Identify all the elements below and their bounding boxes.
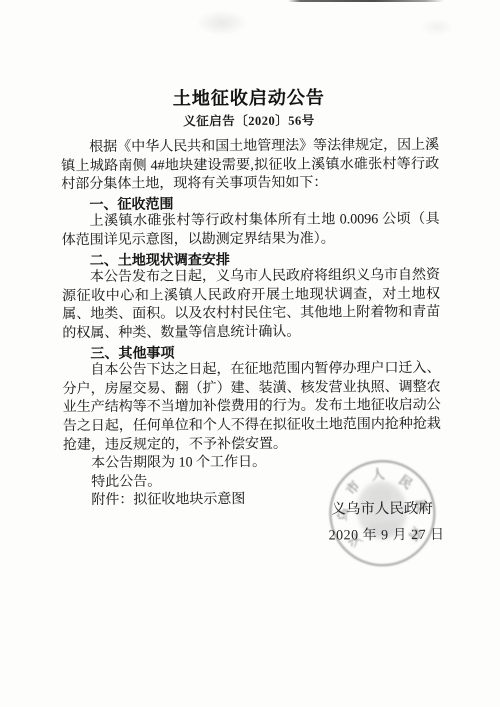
seal-character: 民 [396,472,415,492]
section-heading: 二、土地现状调查安排 [62,248,440,269]
section-heading: 三、其他事项 [62,341,440,362]
document-page: 土地征收启动公告 义征启告〔2020〕56号 根据《中华人民共和国土地管理法》等… [0,0,500,707]
seal-character: 市 [343,478,363,498]
doc-number: 义征启告〔2020〕56号 [0,109,499,130]
scanned-content: 土地征收启动公告 义征启告〔2020〕56号 根据《中华人民共和国土地管理法》等… [0,0,500,707]
paragraph: 根据《中华人民共和国土地管理法》等法律规定，因上溪镇上城路南侧 4#地块建设需要… [61,137,439,195]
seal-character: 人 [371,466,386,482]
signature-name: 义乌市人民政府 [331,497,433,519]
page-title: 土地征收启动公告 [0,82,499,111]
paragraph: 上溪镇水碓张村等行政村集体所有土地 0.0096 公顷（具体范围详见示意图，以勘… [62,211,440,250]
section-heading: 一、征收范围 [61,193,439,214]
signature-date: 2020 年 9 月 27 日 [328,524,444,545]
paragraph: 本公告发布之日起，义乌市人民政府将组织义乌市自然资源征收中心和上溪镇人民政府开展… [62,267,440,344]
